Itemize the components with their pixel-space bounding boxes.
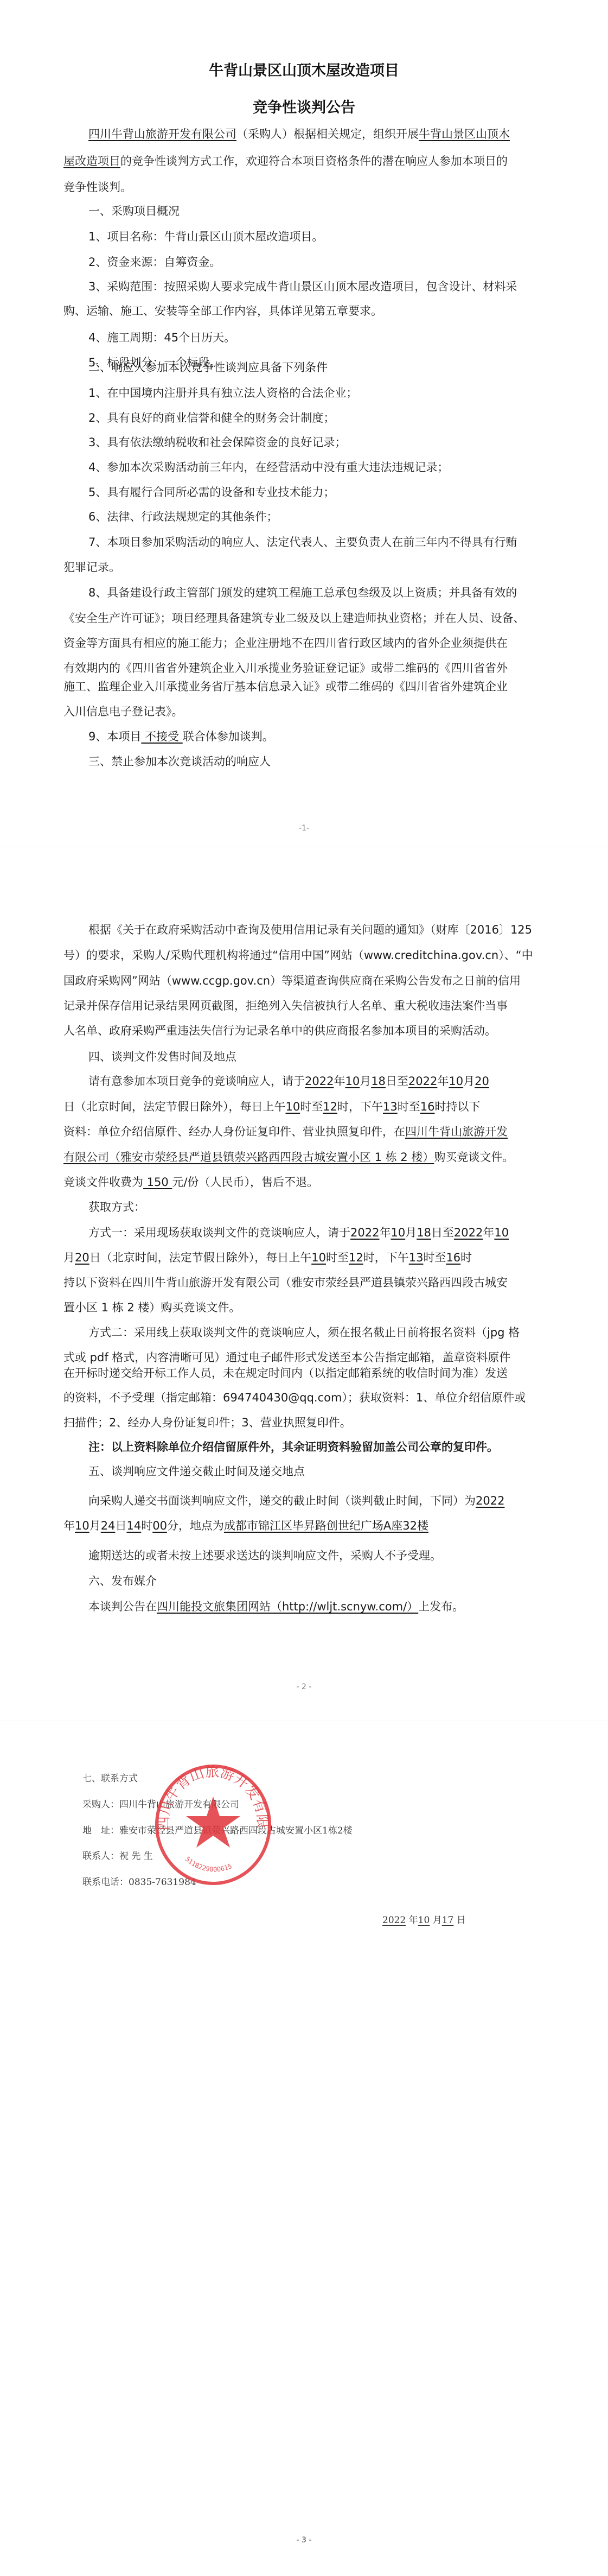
section2-item-cont: 犯罪记录。: [63, 559, 546, 575]
page-divider: [0, 1721, 608, 1721]
section2-item: 1、在中国境内注册并具有独立法人资格的合法企业；: [88, 385, 571, 401]
section2-item-cont: 有效期内的《四川省省外建筑企业入川承揽业务验证登记证》或带二维码的《四川省省外: [63, 660, 546, 676]
intro-line-3: 竞争性谈判。: [63, 179, 546, 195]
section2-item: 2、具有良好的商业信誉和健全的财务会计制度；: [88, 410, 571, 426]
section1-item-cont: 购、运输、施工、安装等全部工作内容，具体详见第五章要求。: [63, 303, 546, 319]
contact-person: 联系人：祝 先 生: [82, 1849, 153, 1863]
section5-line-2: 年10月24日14时00分，地点为成都市锦江区毕昇路创世纪广场A座32楼: [63, 1518, 546, 1534]
section2-heading: 二、响应人参加本次竞争性谈判应具备下列条件: [88, 359, 571, 376]
credit-paragraph-line: 号）的要求，采购人/采购代理机构将通过“信用中国”网站（www.creditch…: [63, 947, 546, 963]
credit-paragraph-line: 国政府采购网”网站（www.ccgp.gov.cn）等渠道查询供应商在采购公告发…: [63, 973, 546, 989]
sale-line-1: 请有意参加本项目竞争的竞谈响应人，请于2022年10月18日至2022年10月2…: [88, 1073, 571, 1089]
page-divider: [0, 847, 608, 847]
consortium-value: 不接受: [141, 730, 182, 743]
sale-line-4: 有限公司（雅安市荥经县严道县镇荥兴路西四段古城安置小区 1 栋 2 楼）购买竞谈…: [63, 1149, 546, 1165]
intro-line-1: 四川牛背山旅游开发有限公司（采购人）根据相关规定，组织开展牛背山景区山顶木: [88, 126, 571, 142]
note-line: 注：以上资料除单位介绍信留原件外，其余证明资料验留加盖公司公章的复印件。: [88, 1439, 571, 1455]
section3-heading: 三、禁止参加本次竞谈活动的响应人: [88, 753, 571, 770]
method2-line: 扫描件；2、经办人身份证复印件；3、营业执照复印件。: [63, 1414, 546, 1431]
fee-line: 竞谈文件收费为 150 元/份（人民币），售后不退。: [63, 1174, 546, 1190]
section2-item-cont: 《安全生产许可证》；项目经理具备建筑专业二级及以上建造师执业资格；并在人员、设备…: [63, 610, 546, 626]
fee-value: 150: [143, 1176, 172, 1189]
section2-item-cont: 资金等方面具有相应的施工能力；企业注册地不在四川省行政区域内的省外企业须提供在: [63, 635, 546, 651]
section4-heading: 四、谈判文件发售时间及地点: [88, 1049, 571, 1065]
section2-item: 5、具有履行合同所必需的设备和专业技术能力；: [88, 484, 571, 500]
section1-item: 3、采购范围：按照采购人要求完成牛背山景区山顶木屋改造项目，包含设计、材料采: [88, 278, 571, 295]
credit-paragraph-line: 记录并保存信用记录结果网页截图，拒绝列入失信被执行人名单、重大税收违法案件当事: [63, 998, 546, 1014]
section2-item-9: 9、本项目 不接受 联合体参加谈判。: [88, 728, 571, 745]
document-title: 牛背山景区山顶木屋改造项目: [0, 59, 608, 80]
section5-late: 逾期送达的或者未按上述要求送达的谈判响应文件，采购人不予受理。: [88, 1547, 571, 1564]
publish-site-link[interactable]: 四川能投文旅集团网站（http://wljt.scnyw.com/）: [157, 1600, 418, 1613]
section1-heading: 一、采购项目概况: [88, 203, 571, 219]
section1-item: 1、项目名称：牛背山景区山顶木屋改造项目。: [88, 229, 571, 245]
section5-heading: 五、谈判响应文件递交截止时间及递交地点: [88, 1463, 571, 1480]
intro-line-2: 屋改造项目的竞争性谈判方式工作，欢迎符合本项目资格条件的潜在响应人参加本项目的: [63, 153, 546, 169]
method2-line: 的资料，不予受理（指定邮箱：694740430@qq.com）；获取资料：1、单…: [63, 1389, 546, 1406]
credit-paragraph-line: 根据《关于在政府采购活动中查询及使用信用记录有关问题的通知》（财库〔2016〕1…: [88, 922, 571, 938]
method1-line-2: 月20日（北京时间，法定节假日除外），每日上午10时至12时，下午13时至16时: [63, 1249, 546, 1266]
section7-heading: 七、联系方式: [82, 1772, 138, 1786]
method2-line: 式或 pdf 格式，内容清晰可见）通过电子邮件形式发送至本公告指定邮箱，盖章资料…: [63, 1349, 546, 1366]
section1-item: 4、施工周期：45个日历天。: [88, 329, 571, 346]
method1-line-1: 方式一：采用现场获取谈判文件的竞谈响应人，请于2022年10月18日至2022年…: [88, 1224, 571, 1241]
method2-line: 方式二：采用线上获取谈判文件的竞谈响应人，须在报名截止日前将报名资料（jpg 格: [88, 1324, 571, 1341]
method1-line-3: 持以下资料在四川牛背山旅游开发有限公司（雅安市荥经县严道县镇荥兴路西四段古城安: [63, 1274, 546, 1291]
section1-item: 2、资金来源：自筹资金。: [88, 254, 571, 270]
method1-line-4: 置小区 1 栋 2 楼）购买竞谈文件。: [63, 1299, 546, 1316]
company-seal-icon: 四川牛背山旅游开发有限公司 5118229000615: [153, 1763, 273, 1887]
page-number-3: - 3 -: [0, 2536, 608, 2545]
signature-date: 2022 年10 月17 日: [382, 1913, 466, 1927]
section2-item: 4、参加本次采购活动前三年内，在经营活动中没有重大违法违规记录；: [88, 459, 571, 475]
page-number-1: -1-: [0, 824, 608, 833]
page-number-2: - 2 -: [0, 1683, 608, 1691]
sale-line-3: 资料：单位介绍信原件、经办人身份证复印件、营业执照复印件，在四川牛背山旅游开发: [63, 1124, 546, 1140]
section2-item: 7、本项目参加采购活动的响应人、法定代表人、主要负责人在前三年内不得具有行贿: [88, 534, 571, 550]
obtain-heading: 获取方式：: [88, 1199, 571, 1215]
sale-line-2: 日（北京时间，法定节假日除外），每日上午10时至12时，下午13时至16时持以下: [63, 1099, 546, 1115]
document-subtitle: 竞争性谈判公告: [0, 96, 608, 117]
section2-item-cont: 施工、监理企业入川承揽业务省厅基本信息录入证》或带二维码的《四川省省外建筑企业: [63, 678, 546, 695]
section5-line-1: 向采购人递交书面谈判响应文件，递交的截止时间（谈判截止时间，下同）为2022: [88, 1493, 571, 1509]
section6-heading: 六、发布媒介: [88, 1573, 571, 1589]
method2-line: 在开标时递交给开标工作人员，未在规定时间内（以指定邮箱系统的收信时间为准）发送: [63, 1365, 546, 1381]
section2-item: 3、具有依法缴纳税收和社会保障资金的良好记录；: [88, 434, 571, 451]
svg-text:5118229000615: 5118229000615: [184, 1855, 233, 1873]
purchaser-name: 四川牛背山旅游开发有限公司: [88, 128, 236, 141]
credit-paragraph-line: 人名单、政府采购严重违法失信行为记录名单中的供应商报名参加本项目的采购活动。: [63, 1023, 546, 1039]
submission-place: 成都市锦江区毕昇路创世纪广场A座32楼: [224, 1519, 428, 1532]
section2-item-cont: 入川信息电子登记表》。: [63, 703, 546, 720]
section2-item: 8、具备建设行政主管部门颁发的建筑工程施工总承包叁级及以上资质；并具备有效的: [88, 585, 571, 601]
section2-item: 6、法律、行政法规规定的其他条件；: [88, 509, 571, 525]
section6-line: 本谈判公告在四川能投文旅集团网站（http://wljt.scnyw.com/）…: [88, 1598, 571, 1615]
